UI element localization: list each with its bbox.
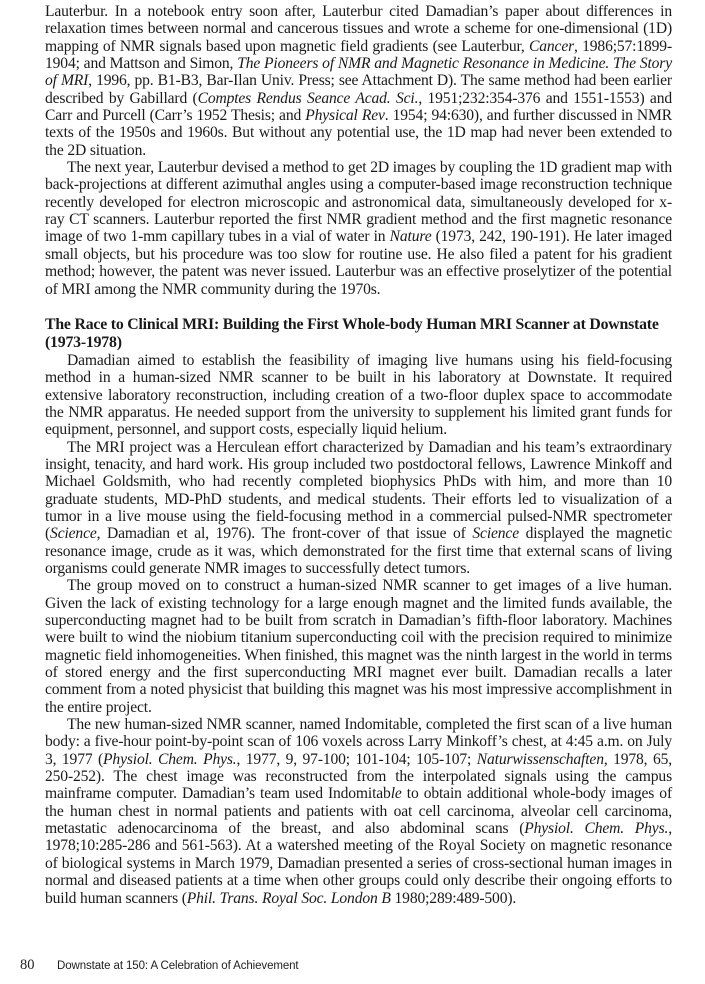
citation-italic: Nature (390, 228, 432, 245)
running-title: Downstate at 150: A Celebration of Achie… (57, 960, 299, 972)
paragraphs-after-heading: Damadian aimed to establish the feasibil… (45, 352, 672, 907)
citation-italic: Physiol. Chem. Phys. (103, 751, 236, 768)
section-heading: The Race to Clinical MRI: Building the F… (45, 316, 672, 352)
paragraph-text: The group moved on to construct a human-… (45, 577, 672, 715)
paragraph-text: , Damadian et al, 1976). The front-cover… (97, 525, 473, 542)
paragraphs-before-heading: Lauterbur. In a notebook entry soon afte… (45, 3, 672, 298)
paragraph-text: 1980;289:489-500). (391, 890, 516, 907)
citation-italic: Science (472, 525, 519, 542)
citation-italic: Comptes Rendus Seance Acad. Sci. (198, 90, 419, 107)
citation-italic: Physical Rev (305, 107, 385, 124)
paragraph: Damadian aimed to establish the feasibil… (45, 352, 672, 439)
citation-italic: Physiol. Chem. Phys. (524, 820, 668, 837)
citation-italic: Phil. Trans. Royal Soc. London B (187, 890, 391, 907)
paragraph: The next year, Lauterbur devised a metho… (45, 159, 672, 298)
citation-italic: Naturwissenschaften (477, 751, 604, 768)
paragraph: The group moved on to construct a human-… (45, 577, 672, 716)
paragraph: The new human-sized NMR scanner, named I… (45, 716, 672, 907)
citation-italic: Cancer (529, 38, 574, 55)
page-number: 80 (20, 957, 57, 974)
paragraph-text: , 1977, 9, 97-100; 101-104; 105-107; (237, 751, 477, 768)
page-body: Lauterbur. In a notebook entry soon afte… (45, 3, 672, 907)
page-footer: 80 Downstate at 150: A Celebration of Ac… (20, 957, 299, 977)
paragraph: Lauterbur. In a notebook entry soon afte… (45, 3, 672, 159)
paragraph-text: Damadian aimed to establish the feasibil… (45, 352, 672, 438)
citation-italic: Science (50, 525, 97, 542)
citation-italic: le (391, 785, 402, 802)
paragraph: The MRI project was a Herculean effort c… (45, 439, 672, 578)
